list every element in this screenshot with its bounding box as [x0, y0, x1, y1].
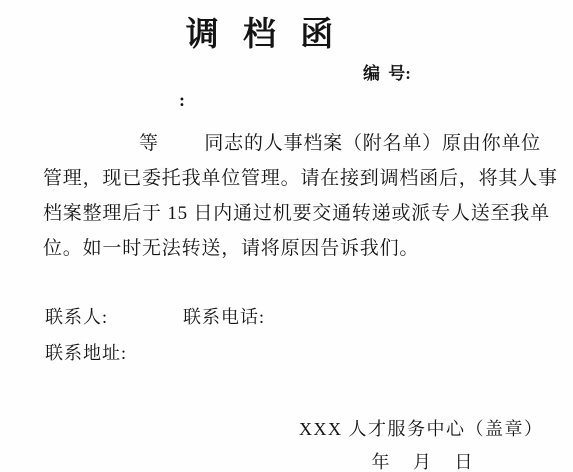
contact-row: 联系人: 联系电话: [45, 305, 545, 329]
contact-person-label: 联系人: [45, 307, 108, 327]
body-paragraph: 等 同志的人事档案（附名单）原由你单位 管理，现已委托我单位管理。请在接到调档函… [43, 126, 559, 266]
signature-organization: XXX 人才服务中心（盖章） [299, 415, 544, 441]
document-title: 调 档 函 [0, 8, 520, 55]
body-line-3: 档案整理后于 15 日内通过机要交通转递或派专人送至我单 [43, 196, 559, 231]
body-line-1-rest: 同志的人事档案（附名单）原由你单位 [204, 133, 541, 154]
contact-phone-label: 联系电话: [183, 305, 265, 329]
body-line-4: 位。如一时无法转送，请将原因告诉我们。 [43, 231, 559, 266]
body-line-2: 管理，现已委托我单位管理。请在接到调档函后，将其人事 [43, 161, 559, 196]
signature-date: 年 月 日 [342, 448, 502, 472]
archive-transfer-letter-document: 调 档 函 编 号: : 等 同志的人事档案（附名单）原由你单位 管理，现已委托… [0, 0, 573, 472]
body-line-1-prefix: 等 [139, 133, 159, 154]
addressee-colon: : [179, 90, 185, 111]
serial-number-label: 编 号: [363, 59, 411, 84]
contact-address-label: 联系地址: [45, 341, 127, 365]
body-line-1: 等 同志的人事档案（附名单）原由你单位 [43, 126, 559, 161]
